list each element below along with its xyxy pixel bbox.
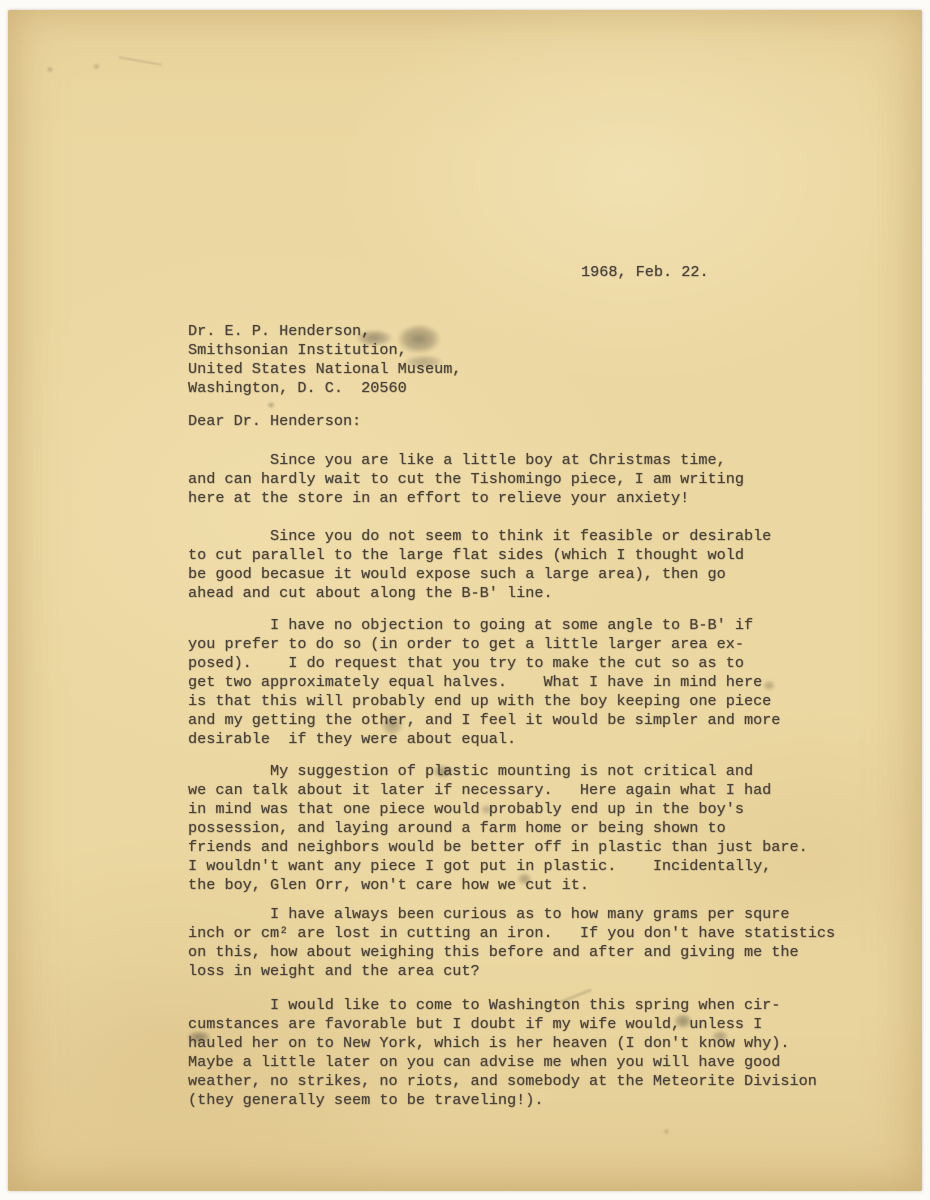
paper-speck [46, 66, 54, 73]
paper-speck [92, 63, 101, 70]
salutation: Dear Dr. Henderson: [188, 412, 361, 431]
ink-smudge [663, 1128, 670, 1135]
letter-date: 1968, Feb. 22. [581, 263, 709, 282]
paragraph-5: I have always been curious as to how man… [188, 905, 835, 981]
recipient-line-3: United States National Museum, [188, 360, 461, 379]
paragraph-4: My suggestion of plastic mounting is not… [188, 762, 808, 895]
paragraph-6: I would like to come to Washington this … [188, 996, 817, 1110]
paragraph-2: Since you do not seem to think it feasib… [188, 527, 771, 603]
paragraph-1: Since you are like a little boy at Chris… [188, 451, 744, 508]
paragraph-3: I have no objection to going at some ang… [188, 616, 780, 749]
letter-page: 1968, Feb. 22. Dr. E. P. Henderson, Smit… [8, 10, 922, 1191]
pencil-scratch [118, 56, 162, 66]
recipient-line-4: Washington, D. C. 20560 [188, 379, 461, 398]
scan-background: 1968, Feb. 22. Dr. E. P. Henderson, Smit… [0, 0, 930, 1200]
recipient-line-1: Dr. E. P. Henderson, [188, 322, 461, 341]
recipient-line-2: Smithsonian Institution, [188, 341, 461, 360]
ink-smudge [266, 401, 276, 409]
recipient-address: Dr. E. P. Henderson, Smithsonian Institu… [188, 322, 461, 398]
